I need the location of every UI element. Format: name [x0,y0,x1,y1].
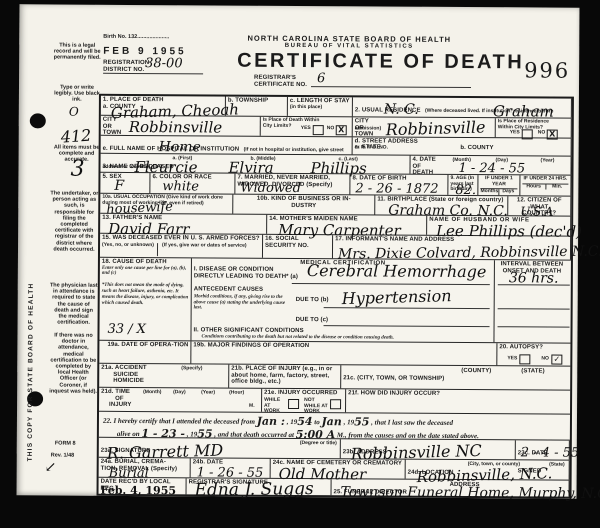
other-conditions-note: Conditions contributing to the death but… [201,334,401,341]
margin-note-undertaker: The undertaker, or person acting as such… [50,190,98,252]
cause-b-handwriting: Hypertension [341,286,451,308]
cause-c-rule [324,325,490,327]
hospital-cell: e. FULL NAME OF HOSPITAL OR INSTITUTION … [101,136,353,155]
under-1-year-label: IF UNDER 1 YEAR [480,176,517,187]
under-24-hours-label: IF UNDER 24 HRS. [522,176,568,182]
disease-condition-label-2: DIRECTLY LEADING TO DEATH* (a) [194,273,298,280]
armed-forces-note-2: (If yes, give war or dates of service) [162,243,257,249]
cause-a-rule [292,283,490,285]
how-injury-occurred-label: 21f. HOW DID INJURY OCCUR? [348,390,568,398]
death-city-limits-cell: Is Place of Death Within City Limits? YE… [261,117,353,137]
state-value-handwriting: N. C. [384,102,419,118]
injury-year-label: (Year) [201,390,215,396]
certify-text-7: , 19 [187,430,198,438]
certify-year1-handwriting: 54 [297,415,312,428]
certify-year2-handwriting: 55 [354,415,369,428]
cause-b-rule [324,307,490,309]
business-cell: 10b. KIND OF BUSINESS OR IN- DUSTRY [233,195,375,215]
certify-text-1: 22. I hereby certify that I attended the… [103,417,255,426]
no-label: NO [327,126,335,132]
ssn-cell: 16. SOCIAL SECURITY NO. [263,235,333,258]
street-address-note: or R. F. D. NO. [355,145,569,152]
hours-label: Hours [522,184,546,190]
certificate-serial-number: 996 [524,58,570,82]
length-of-stay-note: (in this place) [290,104,350,110]
yes-label: YES [510,130,520,136]
antecedent-causes-note: Morbid conditions, if any, giving rise t… [194,294,286,311]
minutes-label: Min. [546,184,569,190]
medical-certification-cell: MEDICAL CERTIFICATION I. DISEASE OR COND… [191,258,494,342]
injury-month-label: (Month) [143,390,161,396]
cause-code-handwriting: 33 / X [107,322,146,337]
injury-hour-label: (Hour) [229,391,244,397]
form-row: 18. CAUSE OF DEATH Enter only one cause … [99,258,570,344]
yes-label: YES [301,126,311,132]
injury-occurred-label: 21e. INJURY OCCURRED [264,390,343,397]
race-value-handwriting: white [162,179,199,194]
months-label: Months [480,189,499,195]
year-label: (Year) [541,158,555,164]
check-mark: ✓ [553,355,560,364]
form-revision: Rev. 1/48 [51,452,99,458]
certify-text-2: , 19 [287,418,298,426]
cause-of-death-footnote: *This does not mean the mode of dying, s… [102,282,189,307]
operation-findings-cell: 19b. MAJOR FINDINGS OF OPERATION [191,341,497,365]
days-label: Days [499,189,517,195]
funeral-director-handwriting: Townson Funeral Home, Murphy, N.C. [340,484,600,502]
death-limits-no-checkbox: X [336,125,347,135]
autopsy-no-checkbox: ✓ [551,355,562,365]
death-limits-yes-checkbox [313,125,324,135]
cause-a-handwriting: Cerebral Hemorrhage [307,261,487,281]
certify-text-3: to [314,418,320,426]
cause-of-death-instruction: Enter only one cause per line for (a), (… [102,265,189,277]
date-signed-handwriting: 2 - 4 - 55 [521,445,579,460]
date-of-operation-label: 19a. DATE OF OPERA-TION [101,342,188,349]
registration-district-value: 38-00 [145,56,183,71]
armed-forces-cell: 15. WAS DECEASED EVER IN U. S. ARMED FOR… [100,234,263,258]
registrar-certificate-value: 6 [317,71,325,86]
autopsy-cell: 20. AUTOPSY? YES NO ✓ [497,343,570,365]
business-label-2: DUSTRY [235,202,372,209]
informant-label: 17. INFORMANT'S NAME AND ADDRESS [335,236,568,244]
injury-occurred-cell: 21e. INJURY OCCURRED WHILE AT WORK NOT W… [262,389,346,413]
injury-location-cell: 21c. (CITY, TOWN, OR TOWNSHIP) (COUNTY) … [341,365,570,389]
accident-suicide-homicide-cell: 21a. ACCIDENT SUICIDE HOMICIDE (Specify) [99,364,229,388]
disease-condition-label-1: I. DISEASE OR CONDITION [194,266,274,273]
street-address-cell: d. STREET ADDRESS or R. F. D. NO. [353,137,572,155]
not-while-at-work-checkbox [330,399,341,409]
under-1-year-cell: IF UNDER 1 YEAR Months Days [478,175,520,195]
no-label: NO [538,130,546,136]
certify-text-4: , 19 [344,418,355,426]
residence-city-value-handwriting: Robbinsville [386,117,486,139]
form-row: DATE REC'D BY LOCAL REG. REGISTRAR'S SIG… [99,478,570,497]
certificate-form: Birth No. 132..................... FEB 9… [97,32,575,499]
injury-day-label: (Day) [173,390,186,396]
certify-from-handwriting: Jan : [257,415,285,428]
operation-findings-label: 19b. MAJOR FINDINGS OF OPERATION [193,342,494,350]
antecedent-causes-label: ANTECEDENT CAUSES [194,286,263,293]
time-of-injury-cell: 21d. TIME OF INJURY (Month) (Day) (Year)… [99,388,262,412]
death-certificate-document: THIS COPY FOR STATE BOARD OF HEALTH This… [17,4,580,498]
registrar-certificate-label: REGISTRAR'S CERTIFICATE NO. [254,75,309,88]
reg-district-rule [103,73,203,75]
x-mark: X [549,130,555,139]
injury-city-label: 21c. (CITY, TOWN, OR TOWNSHIP) [343,375,444,382]
sex-value-handwriting: F [114,178,124,194]
date-of-operation-cell: 19a. DATE OF OPERA-TION [99,341,191,364]
date-of-death-label: 4. DATE OF DEATH [412,157,438,177]
injury-state-label: (STATE) [521,368,545,375]
certification-statement: 22. I hereby certify that I attended the… [99,412,570,440]
form-row: 21a. ACCIDENT SUICIDE HOMICIDE (Specify)… [99,364,570,391]
margin-handwriting-o: O [69,105,79,119]
time-injury-label: INJURY [109,402,259,409]
form-row: 15. WAS DECEASED EVER IN U. S. ARMED FOR… [100,234,571,261]
degree-title-label: (Degree or title) [300,441,337,447]
yes-label: YES [507,356,517,362]
due-to-b-label: DUE TO (b) [296,297,329,304]
autopsy-yes-checkbox [519,354,530,364]
margin-handwriting-412: 412 [60,126,92,147]
form-row: 5. SEX 6. COLOR OR RACE 7. MARRIED, NEVE… [100,173,571,197]
form-number: FORM 8 [55,441,103,447]
under-24-hours-cell: IF UNDER 24 HRS. Hours Min. [520,175,571,195]
cause-of-death-side-cell: 18. CAUSE OF DEATH Enter only one cause … [99,258,191,341]
due-to-c-label: DUE TO (c) [296,317,329,324]
margin-note-physician: The physician last in attendance is requ… [50,282,98,326]
residence-city-label: CITY OR TOWN [355,118,379,138]
margin-note-legal: This is a legal record and will be perma… [53,43,101,62]
margin-note-type: Type or write legibly. Use black ink. [53,85,101,104]
sex-cell: 5. SEX [100,173,150,193]
place-of-injury-cell: 21b. PLACE OF INJURY (e.g., in or about … [229,365,341,389]
other-conditions-label: II. OTHER SIGNIFICANT CONDITIONS [193,327,303,334]
date-received-handwriting: Feb. 4, 1955 [100,484,176,497]
certificate-title: CERTIFICATE OF DEATH [237,50,524,75]
place-of-injury-label: 21b. PLACE OF INJURY (e.g., in or about … [231,366,338,386]
margin-handwriting-3: 3 [70,157,84,182]
certify-text-6: alive on [117,430,140,438]
hospital-value-handwriting: Home [159,139,201,155]
registrar-signature-handwriting: Edna J. Suggs [194,479,313,500]
form-table: 1. PLACE OF DEATH a. COUNTY b. TOWNSHIP … [97,94,574,499]
injury-county-label: (COUNTY) [461,368,491,375]
interval-rule-c [498,326,570,327]
vertical-margin-text: THIS COPY FOR STATE BOARD OF HEALTH [27,109,36,461]
length-of-stay-cell: c. LENGTH OF STAY (in this place) [288,97,353,116]
certify-text-5: , that I last saw the deceased [371,418,453,427]
homicide-label: HOMICIDE [113,378,226,385]
margin-pen-mark: ↙ [45,459,57,475]
reg-cert-rule [311,86,471,88]
autopsy-label: 20. AUTOPSY? [499,344,568,351]
form-row: 19a. DATE OF OPERA-TION 19b. MAJOR FINDI… [99,341,570,367]
no-label: NO [541,356,549,362]
margin-note-no-doctor: If there was no doctor in attendance, me… [49,332,97,394]
residence-city-limits-cell: Is Place of Residence Within City Limits… [496,118,572,137]
form-header: Birth No. 132..................... FEB 9… [99,32,574,97]
while-at-work-checkbox [288,399,299,409]
birth-no: Birth No. 132..................... [103,35,169,41]
sex-label: 5. SEX [102,174,147,181]
how-injury-occurred-cell: 21f. HOW DID INJURY OCCUR? [346,389,570,413]
armed-forces-note-1: (Yes, no, or unknown) [102,243,158,256]
x-mark: X [338,125,344,134]
specify-label: (Specify) [181,366,202,372]
meridiem-label: M. [249,404,255,410]
interval-rule-b [498,308,570,309]
form-row: 22. I hereby certify that I attended the… [99,412,570,441]
form-row: 21d. TIME OF INJURY (Month) (Day) (Year)… [99,388,570,415]
death-city-value-handwriting: Robbinsville [129,118,223,137]
ssn-label: 16. SOCIAL SECURITY NO. [265,236,330,249]
interval-cell: INTERVAL BETWEEN ONSET AND DEATH 36 hrs. [494,260,570,342]
certify-to-handwriting: Jan [321,415,341,428]
death-city-label: CITY OR TOWN [103,117,127,137]
